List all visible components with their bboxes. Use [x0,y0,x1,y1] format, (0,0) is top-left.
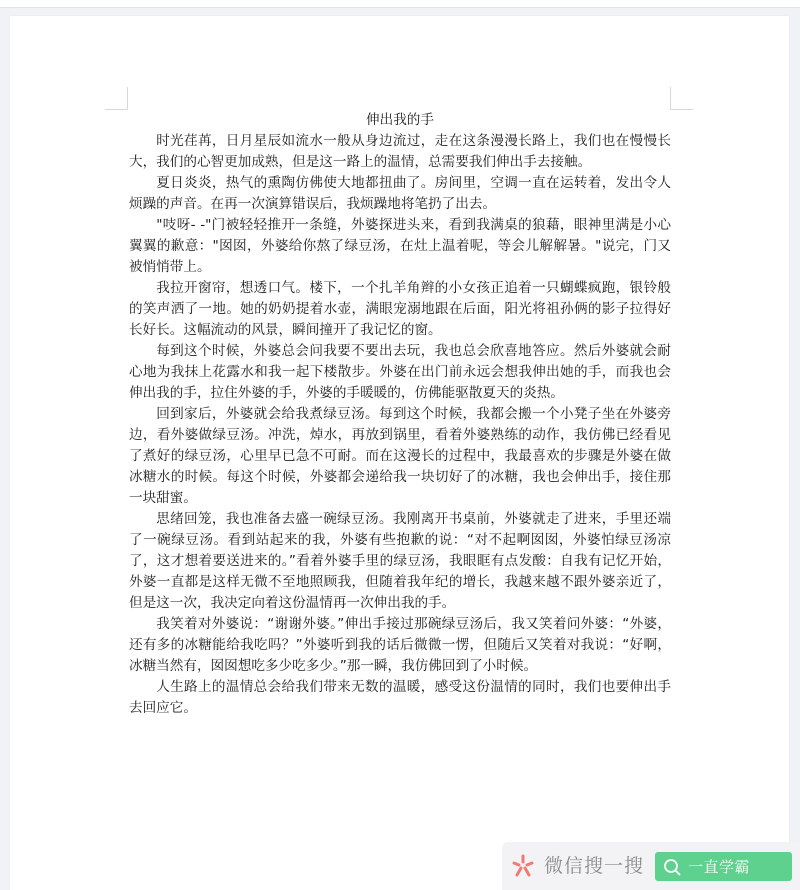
watermark-text: 微信搜一搜 [544,852,644,880]
margin-corner-top-right [670,87,693,110]
document-page: 伸出我的手 时光荏苒，日月星辰如流水一般从身边流过，走在这条漫漫长路上，我们也在… [10,16,789,890]
search-button-label: 一直学霸 [688,856,750,877]
paragraph: 我拉开窗帘，想透口气。楼下，一个扎羊角辫的小女孩正追着一只蝴蝶疯跑，银铃般的笑声… [129,278,671,341]
paragraph: 时光荏苒，日月星辰如流水一般从身边流过，走在这条漫漫长路上，我们也在慢慢长大，我… [129,131,671,173]
paragraph: 我笑着对外婆说：“谢谢外婆。”伸出手接过那碗绿豆汤后，我又笑着问外婆：“外婆，还… [129,614,671,677]
wechat-search-icon [510,853,536,879]
document-body: 伸出我的手 时光荏苒，日月星辰如流水一般从身边流过，走在这条漫漫长路上，我们也在… [129,110,671,719]
paragraph: 每到这个时候，外婆总会问我要不要出去玩，我也总会欣喜地答应。然后外婆就会耐心地为… [129,341,671,404]
margin-corner-top-left [105,87,128,110]
search-account-button[interactable]: 一直学霸 [655,852,792,881]
paragraph: 夏日炎炎，热气的熏陶仿佛使大地都扭曲了。房间里，空调一直在运转着，发出令人烦躁的… [129,173,671,215]
wechat-search-watermark[interactable]: 微信搜一搜 一直学霸 [502,842,800,890]
top-border [0,0,800,8]
paragraph: "吱呀- -"门被轻轻推开一条缝，外婆探进头来，看到我满桌的狼藉，眼神里满是小心… [129,215,671,278]
paragraph: 回到家后，外婆就会给我煮绿豆汤。每到这个时候，我都会搬一个小凳子坐在外婆旁边，看… [129,404,671,509]
paragraph: 人生路上的温情总会给我们带来无数的温暖，感受这份温情的同时，我们也要伸出手去回应… [129,677,671,719]
paragraph: 思绪回笼，我也准备去盛一碗绿豆汤。我刚离开书桌前，外婆就走了进来，手里还端了一碗… [129,509,671,614]
document-title: 伸出我的手 [129,110,671,131]
search-icon [663,858,681,876]
